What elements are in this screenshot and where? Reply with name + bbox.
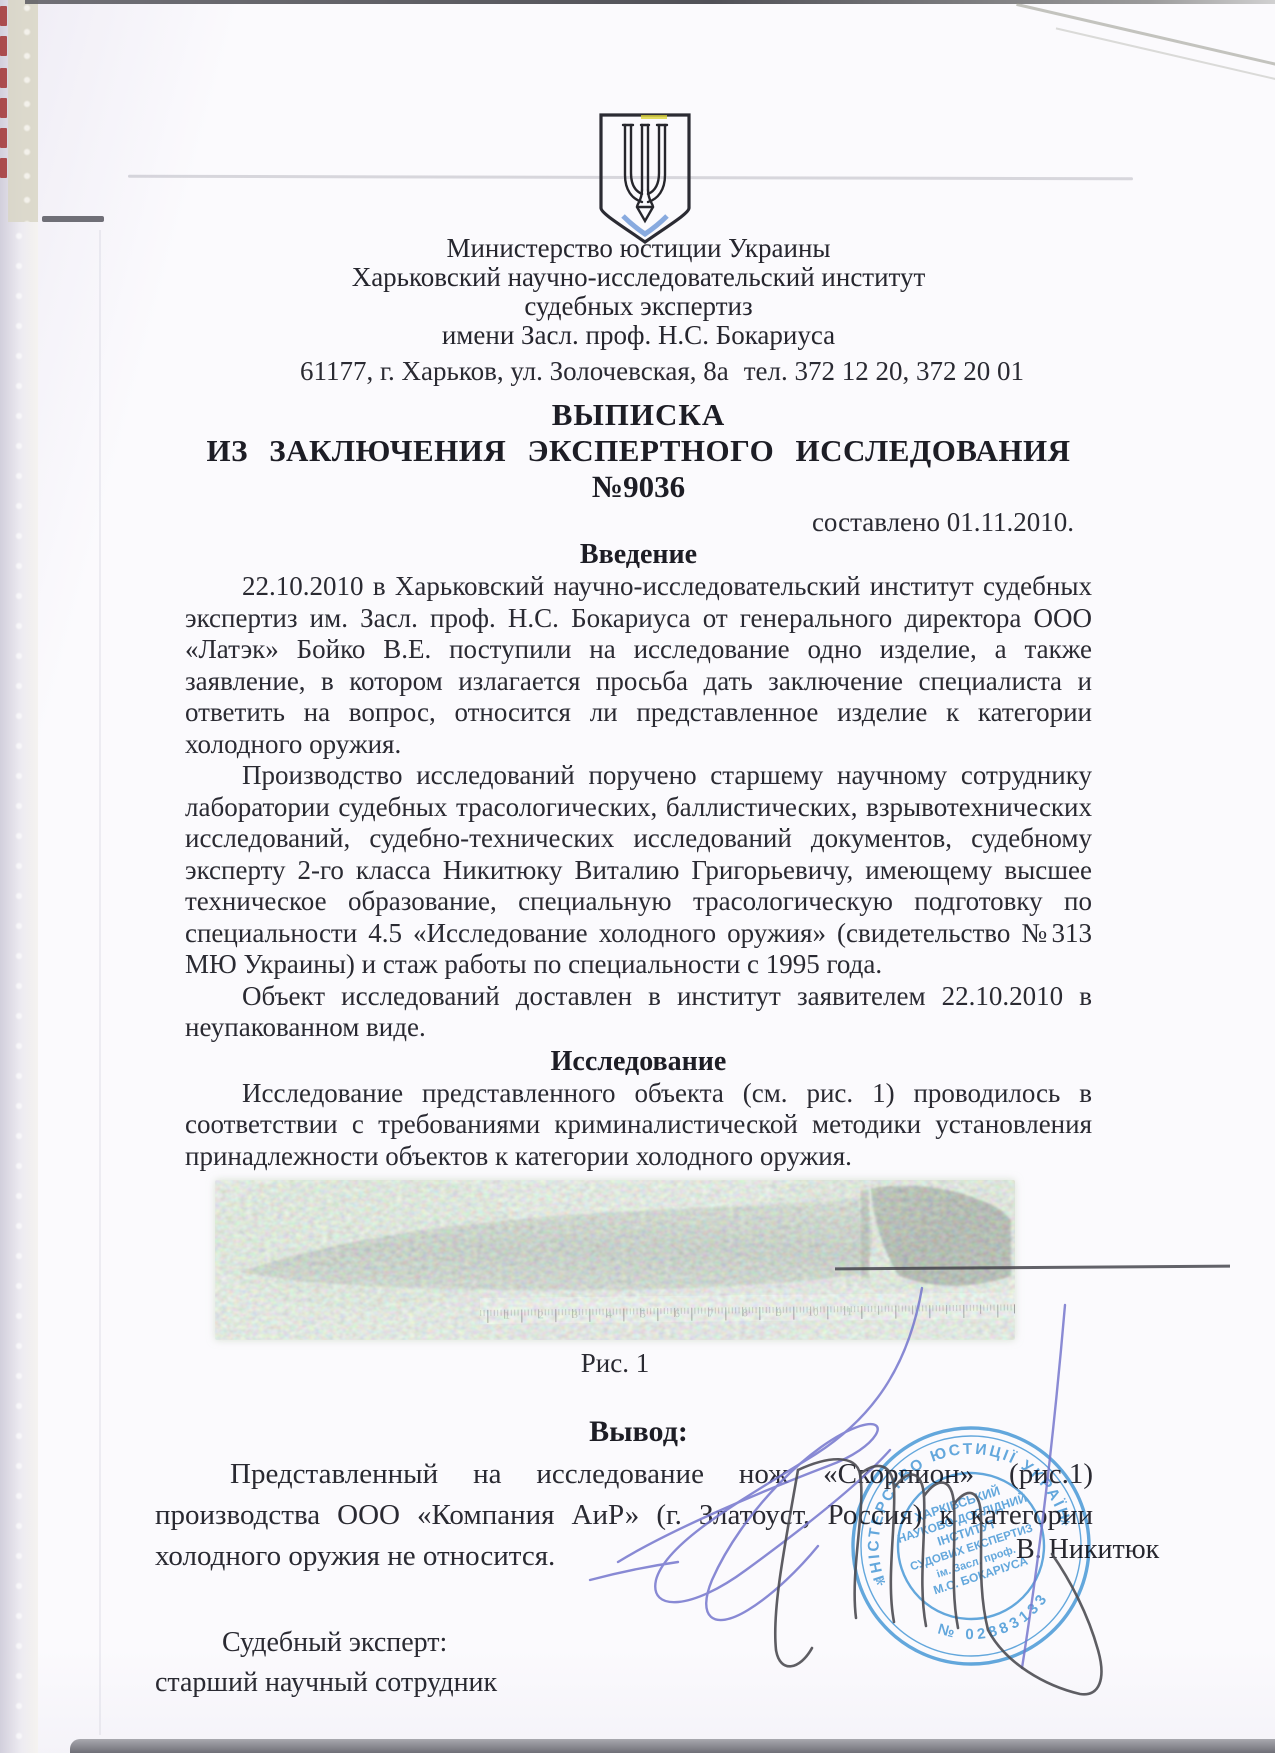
paper-crease (99, 230, 101, 1735)
left-edge-red-mark (0, 98, 7, 118)
left-edge-red-mark (0, 68, 7, 88)
svg-text:№ 02883133: № 02883133 (932, 1586, 1060, 1658)
figure-caption: Рис. 1 (215, 1348, 1015, 1378)
knife-photo: 1 2 3 4 5 6 7 8 9 10 11 (215, 1180, 1015, 1340)
left-edge-red-mark (0, 36, 7, 56)
stamp-star-left: * (872, 1570, 890, 1597)
document-title-line: ИЗ ЗАКЛЮЧЕНИЯ ЭКСПЕРТНОГО ИССЛЕДОВАНИЯ (185, 433, 1092, 469)
research-paragraph: Исследование представленного объекта (см… (185, 1078, 1092, 1173)
scanned-document-page: Министерство юстиции Украины Харьковский… (0, 0, 1275, 1753)
address-row: 61177, г. Харьков, ул. Золочевская, 8а т… (185, 357, 1092, 386)
stamp-star-right: * (1057, 1511, 1075, 1538)
sleeve-fold-line-2 (1056, 0, 1275, 97)
left-edge-red-mark (0, 158, 7, 178)
sleeve-binding-strip (8, 0, 38, 222)
intro-paragraph-1: 22.10.2010 в Харьковский научно-исследов… (185, 571, 1092, 760)
intro-paragraph-2: Производство исследований поручено старш… (185, 760, 1092, 981)
document-number: №9036 (185, 469, 1092, 505)
official-round-stamp: МІНІСТЕРСТВО ЮСТИЦІЇ УКРАЇНИ № 02883133 … (843, 1418, 1099, 1674)
composed-date: составлено 01.11.2010. (185, 507, 1074, 537)
intro-heading: Введение (185, 539, 1092, 571)
photo-noise (215, 1180, 1015, 1340)
org-address: 61177, г. Харьков, ул. Золочевская, 8а (300, 357, 729, 386)
left-edge-red-mark (0, 6, 7, 26)
org-name-line-1: Министерство юстиции Украины (185, 234, 1092, 263)
emblem-yellow-accent (641, 115, 667, 119)
org-name-line-3: судебных экспертиз (185, 292, 1092, 321)
org-name-line-2: Харьковский научно-исследовательский инс… (185, 263, 1092, 292)
org-phone: тел. 372 12 20, 372 20 01 (744, 357, 1024, 386)
emblem-trident (623, 125, 667, 221)
figure-1-photo-wrapper: 1 2 3 4 5 6 7 8 9 10 11 (215, 1180, 1015, 1345)
research-heading: Исследование (185, 1046, 1092, 1078)
stamp-number: № 02883133 (932, 1586, 1060, 1658)
org-name-line-4: имени Засл. проф. Н.С. Бокариуса (185, 321, 1092, 350)
left-edge-red-mark (0, 128, 7, 148)
scan-artifact-dash (42, 216, 104, 222)
intro-paragraph-3: Объект исследований доставлен в институт… (185, 981, 1092, 1044)
scan-bottom-edge (70, 1739, 1275, 1753)
ukraine-trident-emblem (597, 112, 693, 246)
document-title-word: ВЫПИСКА (185, 397, 1092, 433)
sleeve-perforations (6, 228, 32, 1748)
